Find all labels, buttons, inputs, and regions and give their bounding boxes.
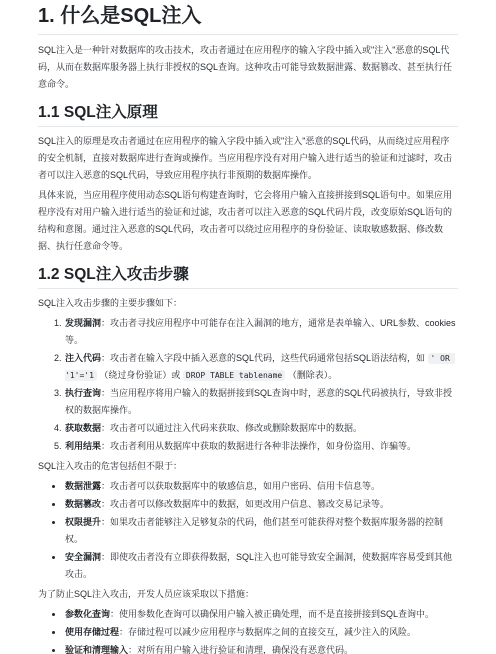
prevention-term: 参数化查询 — [65, 609, 110, 619]
list-item: 使用存储过程：存储过程可以减少应用程序与数据库之间的直接交互，减少注入的风险。 — [64, 624, 458, 641]
step-text: ：攻击者寻找应用程序中可能存在注入漏洞的地方，通常是表单输入、URL参数、coo… — [65, 318, 456, 345]
step-term: 执行查询 — [65, 388, 101, 398]
page-title: 1. 什么是SQL注入 — [38, 4, 458, 35]
list-item: 数据泄露：攻击者可以获取数据库中的敏感信息，如用户密码、信用卡信息等。 — [64, 478, 458, 495]
harm-term: 数据篡改 — [65, 499, 101, 509]
prevention-lead-paragraph: 为了防止SQL注入攻击，开发人员应该采取以下措施： — [38, 586, 458, 603]
step-term: 注入代码 — [65, 353, 101, 363]
step-text: （绕过身份验证）或 — [97, 370, 183, 380]
list-item: 安全漏洞：即使攻击者没有立即获得数据，SQL注入也可能导致安全漏洞，使数据库容易… — [64, 549, 458, 583]
list-item: 参数化查询：使用参数化查询可以确保用户输入被正确处理，而不是直接拼接到SQL查询… — [64, 606, 458, 623]
inline-code-drop-table: DROP TABLE tablename — [183, 370, 285, 381]
section-heading-steps: 1.2 SQL注入攻击步骤 — [38, 265, 458, 289]
prevention-bullet-list: 参数化查询：使用参数化查询可以确保用户输入被正确处理，而不是直接拼接到SQL查询… — [38, 606, 458, 654]
step-term: 发现漏洞 — [65, 318, 101, 328]
section-heading-principle: 1.1 SQL注入原理 — [38, 103, 458, 127]
step-text: ：攻击者利用从数据库中获取的数据进行各种非法操作，如身份盗用、诈骗等。 — [101, 441, 416, 451]
harm-term: 安全漏洞 — [65, 552, 101, 562]
harms-bullet-list: 数据泄露：攻击者可以获取数据库中的敏感信息，如用户密码、信用卡信息等。 数据篡改… — [38, 478, 458, 583]
harm-text: ：攻击者可以获取数据库中的敏感信息，如用户密码、信用卡信息等。 — [101, 481, 380, 491]
list-item: 验证和清理输入：对所有用户输入进行验证和清理，确保没有恶意代码。 — [64, 642, 458, 654]
list-item: 数据篡改：攻击者可以修改数据库中的数据，如更改用户信息、篡改交易记录等。 — [64, 496, 458, 513]
prevention-text: ：对所有用户输入进行验证和清理，确保没有恶意代码。 — [128, 645, 353, 654]
steps-ordered-list: 发现漏洞：攻击者寻找应用程序中可能存在注入漏洞的地方，通常是表单输入、URL参数… — [38, 315, 458, 455]
step-text: ：当应用程序将用户输入的数据拼接到SQL查询中时，恶意的SQL代码被执行，导致非… — [65, 388, 452, 415]
harm-term: 权限提升 — [65, 517, 101, 527]
list-item: 获取数据：攻击者可以通过注入代码来获取、修改或删除数据库中的数据。 — [64, 420, 458, 437]
principle-paragraph-2: 具体来说，当应用程序使用动态SQL语句构建查询时，它会将用户输入直接拼接到SQL… — [38, 187, 458, 255]
prevention-text: ：存储过程可以减少应用程序与数据库之间的直接交互，减少注入的风险。 — [119, 627, 416, 637]
step-text: ：攻击者在输入字段中插入恶意的SQL代码，这些代码通常包括SQL语法结构，如 — [101, 353, 428, 363]
step-text: （删除表）。 — [285, 370, 337, 380]
list-item: 利用结果：攻击者利用从数据库中获取的数据进行各种非法操作，如身份盗用、诈骗等。 — [64, 438, 458, 455]
prevention-term: 使用存储过程 — [65, 627, 119, 637]
markdown-document: 1. 什么是SQL注入 SQL注入是一种针对数据库的攻击技术，攻击者通过在应用程… — [0, 0, 496, 654]
intro-paragraph: SQL注入是一种针对数据库的攻击技术，攻击者通过在应用程序的输入字段中插入或"注… — [38, 42, 458, 93]
harm-text: ：即使攻击者没有立即获得数据，SQL注入也可能导致安全漏洞，使数据库容易受到其他… — [65, 552, 452, 579]
principle-paragraph-1: SQL注入的原理是攻击者通过在应用程序的输入字段中插入或"注入"恶意的SQL代码… — [38, 133, 458, 184]
prevention-text: ：使用参数化查询可以确保用户输入被正确处理，而不是直接拼接到SQL查询中。 — [110, 609, 434, 619]
steps-lead-paragraph: SQL注入攻击步骤的主要步骤如下： — [38, 295, 458, 312]
harm-text: ：如果攻击者能够注入足够复杂的代码，他们甚至可能获得对整个数据库服务器的控制权。 — [65, 517, 443, 544]
list-item: 权限提升：如果攻击者能够注入足够复杂的代码，他们甚至可能获得对整个数据库服务器的… — [64, 514, 458, 548]
list-item: 发现漏洞：攻击者寻找应用程序中可能存在注入漏洞的地方，通常是表单输入、URL参数… — [64, 315, 458, 349]
harm-term: 数据泄露 — [65, 481, 101, 491]
step-term: 利用结果 — [65, 441, 101, 451]
prevention-term: 验证和清理输入 — [65, 645, 128, 654]
harm-text: ：攻击者可以修改数据库中的数据，如更改用户信息、篡改交易记录等。 — [101, 499, 389, 509]
list-item: 执行查询：当应用程序将用户输入的数据拼接到SQL查询中时，恶意的SQL代码被执行… — [64, 385, 458, 419]
list-item: 注入代码：攻击者在输入字段中插入恶意的SQL代码，这些代码通常包括SQL语法结构… — [64, 350, 458, 384]
harms-lead-paragraph: SQL注入攻击的危害包括但不限于： — [38, 458, 458, 475]
step-text: ：攻击者可以通过注入代码来获取、修改或删除数据库中的数据。 — [101, 423, 362, 433]
step-term: 获取数据 — [65, 423, 101, 433]
